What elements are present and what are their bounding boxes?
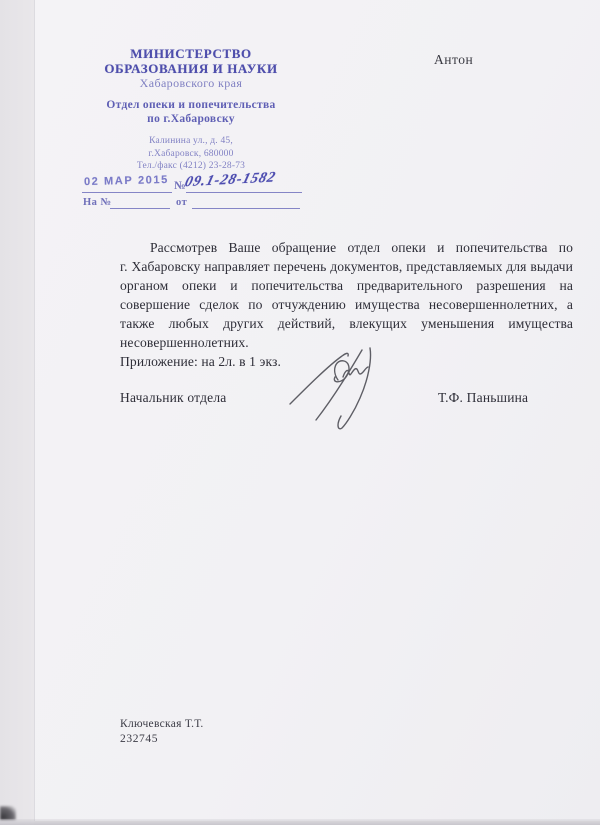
letterhead-department-line1: Отдел опеки и попечительства <box>60 99 322 113</box>
letterhead-ministry-line2: ОБРАЗОВАНИЯ И НАУКИ <box>60 61 322 76</box>
letterhead-region: Хабаровского края <box>60 76 322 90</box>
body-line: г. Хабаровску направляет перечень докуме… <box>120 257 573 276</box>
number-underline <box>186 192 302 193</box>
body-line: Рассмотрев Ваше обращение отдел опеки и … <box>120 238 573 257</box>
from-label: от <box>176 197 187 208</box>
position-title: Начальник отдела <box>120 390 226 406</box>
date-underline <box>82 192 172 193</box>
body-line: также любых других действий, влекущих ум… <box>120 314 573 333</box>
reply-to-underline <box>110 208 170 209</box>
scan-corner-artifact <box>0 806 16 820</box>
ministry-letterhead: МИНИСТЕРСТВО ОБРАЗОВАНИЯ И НАУКИ Хабаров… <box>60 46 322 173</box>
letterhead-department-line2: по г.Хабаровску <box>60 113 322 127</box>
letterhead-address-city: г.Хабаровск, 680000 <box>60 148 322 161</box>
executor-name: Ключевская Т.Т. <box>120 718 204 730</box>
reply-to-label: На № <box>83 197 112 208</box>
from-underline <box>192 208 300 209</box>
scan-bottom-edge <box>0 819 600 825</box>
signature-scribble <box>286 340 404 432</box>
letterhead-address-street: Калинина ул., д. 45, <box>60 135 322 148</box>
body-line: совершение сделок по отчуждению имуществ… <box>120 295 573 314</box>
scanner-background-strip <box>0 0 34 825</box>
recipient-note: Антон <box>434 52 473 68</box>
date-stamp: 02 МАР 2015 <box>84 174 169 188</box>
letterhead-ministry-line1: МИНИСТЕРСТВО <box>60 46 322 61</box>
signer-name: Т.Ф. Паньшина <box>438 390 528 406</box>
executor-phone: 232745 <box>120 733 158 745</box>
body-line: органом опеки и попечительства предварит… <box>120 276 573 295</box>
